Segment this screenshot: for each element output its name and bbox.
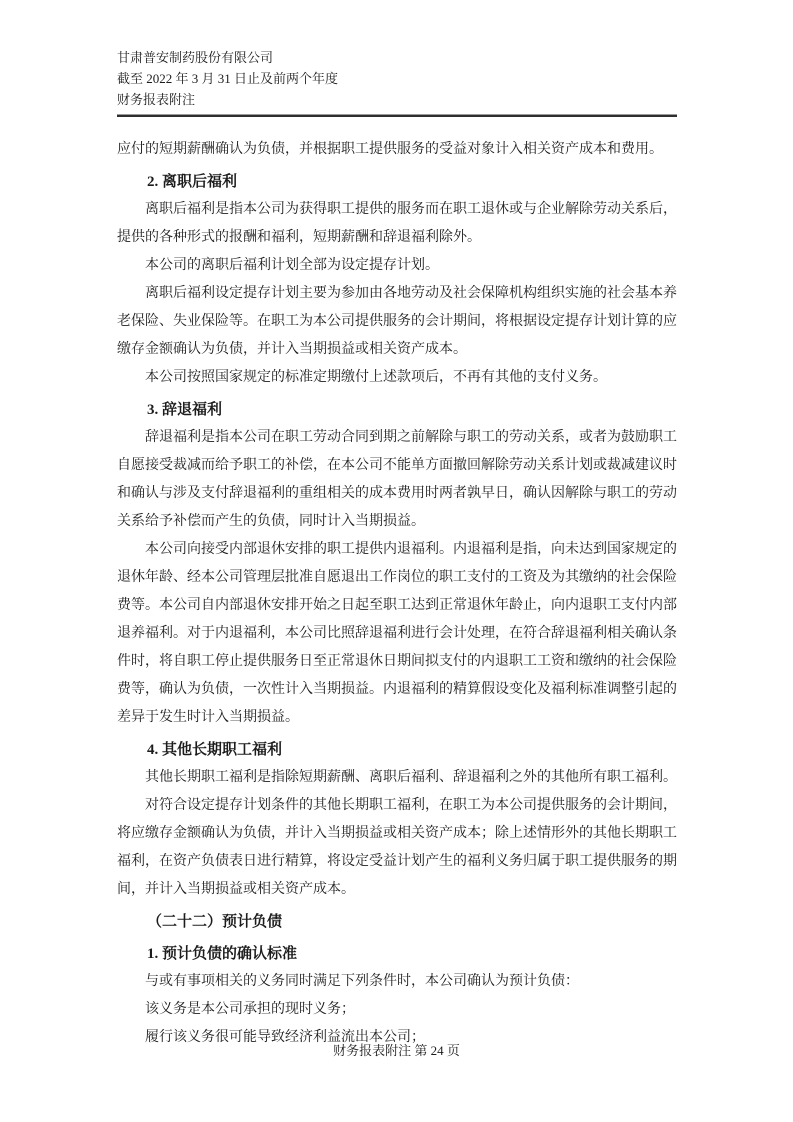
header-company-name: 甘肃普安制药股份有限公司 [117,47,677,68]
document-body: 应付的短期薪酬确认为负债，并根据职工提供服务的受益对象计入相关资产成本和费用。 … [117,136,677,1052]
body-paragraph: 应付的短期薪酬确认为负债，并根据职工提供服务的受益对象计入相关资产成本和费用。 [117,136,677,164]
body-paragraph: 对符合设定提存计划条件的其他长期职工福利，在职工为本公司提供服务的会计期间，将应… [117,792,677,904]
header-doc-title: 财务报表附注 [117,89,677,110]
heading-provision-recognition-criteria: 1. 预计负债的确认标准 [117,940,677,968]
header-reporting-period: 截至 2022 年 3 月 31 日止及前两个年度 [117,68,677,89]
document-page: 甘肃普安制药股份有限公司 截至 2022 年 3 月 31 日止及前两个年度 财… [0,0,793,1122]
body-paragraph: 与或有事项相关的义务同时满足下列条件时，本公司确认为预计负债： [117,968,677,996]
body-paragraph: 本公司的离职后福利计划全部为设定提存计划。 [117,252,677,280]
header-rule [117,114,677,117]
footer-page-label: 财务报表附注 第 24 页 [333,1043,460,1058]
body-paragraph: 该义务是本公司承担的现时义务； [117,996,677,1024]
body-paragraph: 离职后福利设定提存计划主要为参加由各地劳动及社会保障机构组织实施的社会基本养老保… [117,280,677,364]
page-header: 甘肃普安制药股份有限公司 截至 2022 年 3 月 31 日止及前两个年度 财… [117,47,677,117]
heading-other-long-term-benefits: 4. 其他长期职工福利 [117,736,677,764]
body-paragraph: 离职后福利是指本公司为获得职工提供的服务而在职工退休或与企业解除劳动关系后，提供… [117,196,677,252]
body-paragraph: 其他长期职工福利是指除短期薪酬、离职后福利、辞退福利之外的其他所有职工福利。 [117,764,677,792]
body-paragraph: 本公司按照国家规定的标准定期缴付上述款项后，不再有其他的支付义务。 [117,364,677,392]
body-paragraph: 辞退福利是指本公司在职工劳动合同到期之前解除与职工的劳动关系，或者为鼓励职工自愿… [117,424,677,536]
heading-termination-benefits: 3. 辞退福利 [117,396,677,424]
body-paragraph: 本公司向接受内部退休安排的职工提供内退福利。内退福利是指，向未达到国家规定的退休… [117,536,677,732]
heading-post-employment-benefits: 2. 离职后福利 [117,168,677,196]
page-footer: 财务报表附注 第 24 页 [0,1040,793,1059]
heading-provisions: （二十二）预计负债 [117,908,677,936]
